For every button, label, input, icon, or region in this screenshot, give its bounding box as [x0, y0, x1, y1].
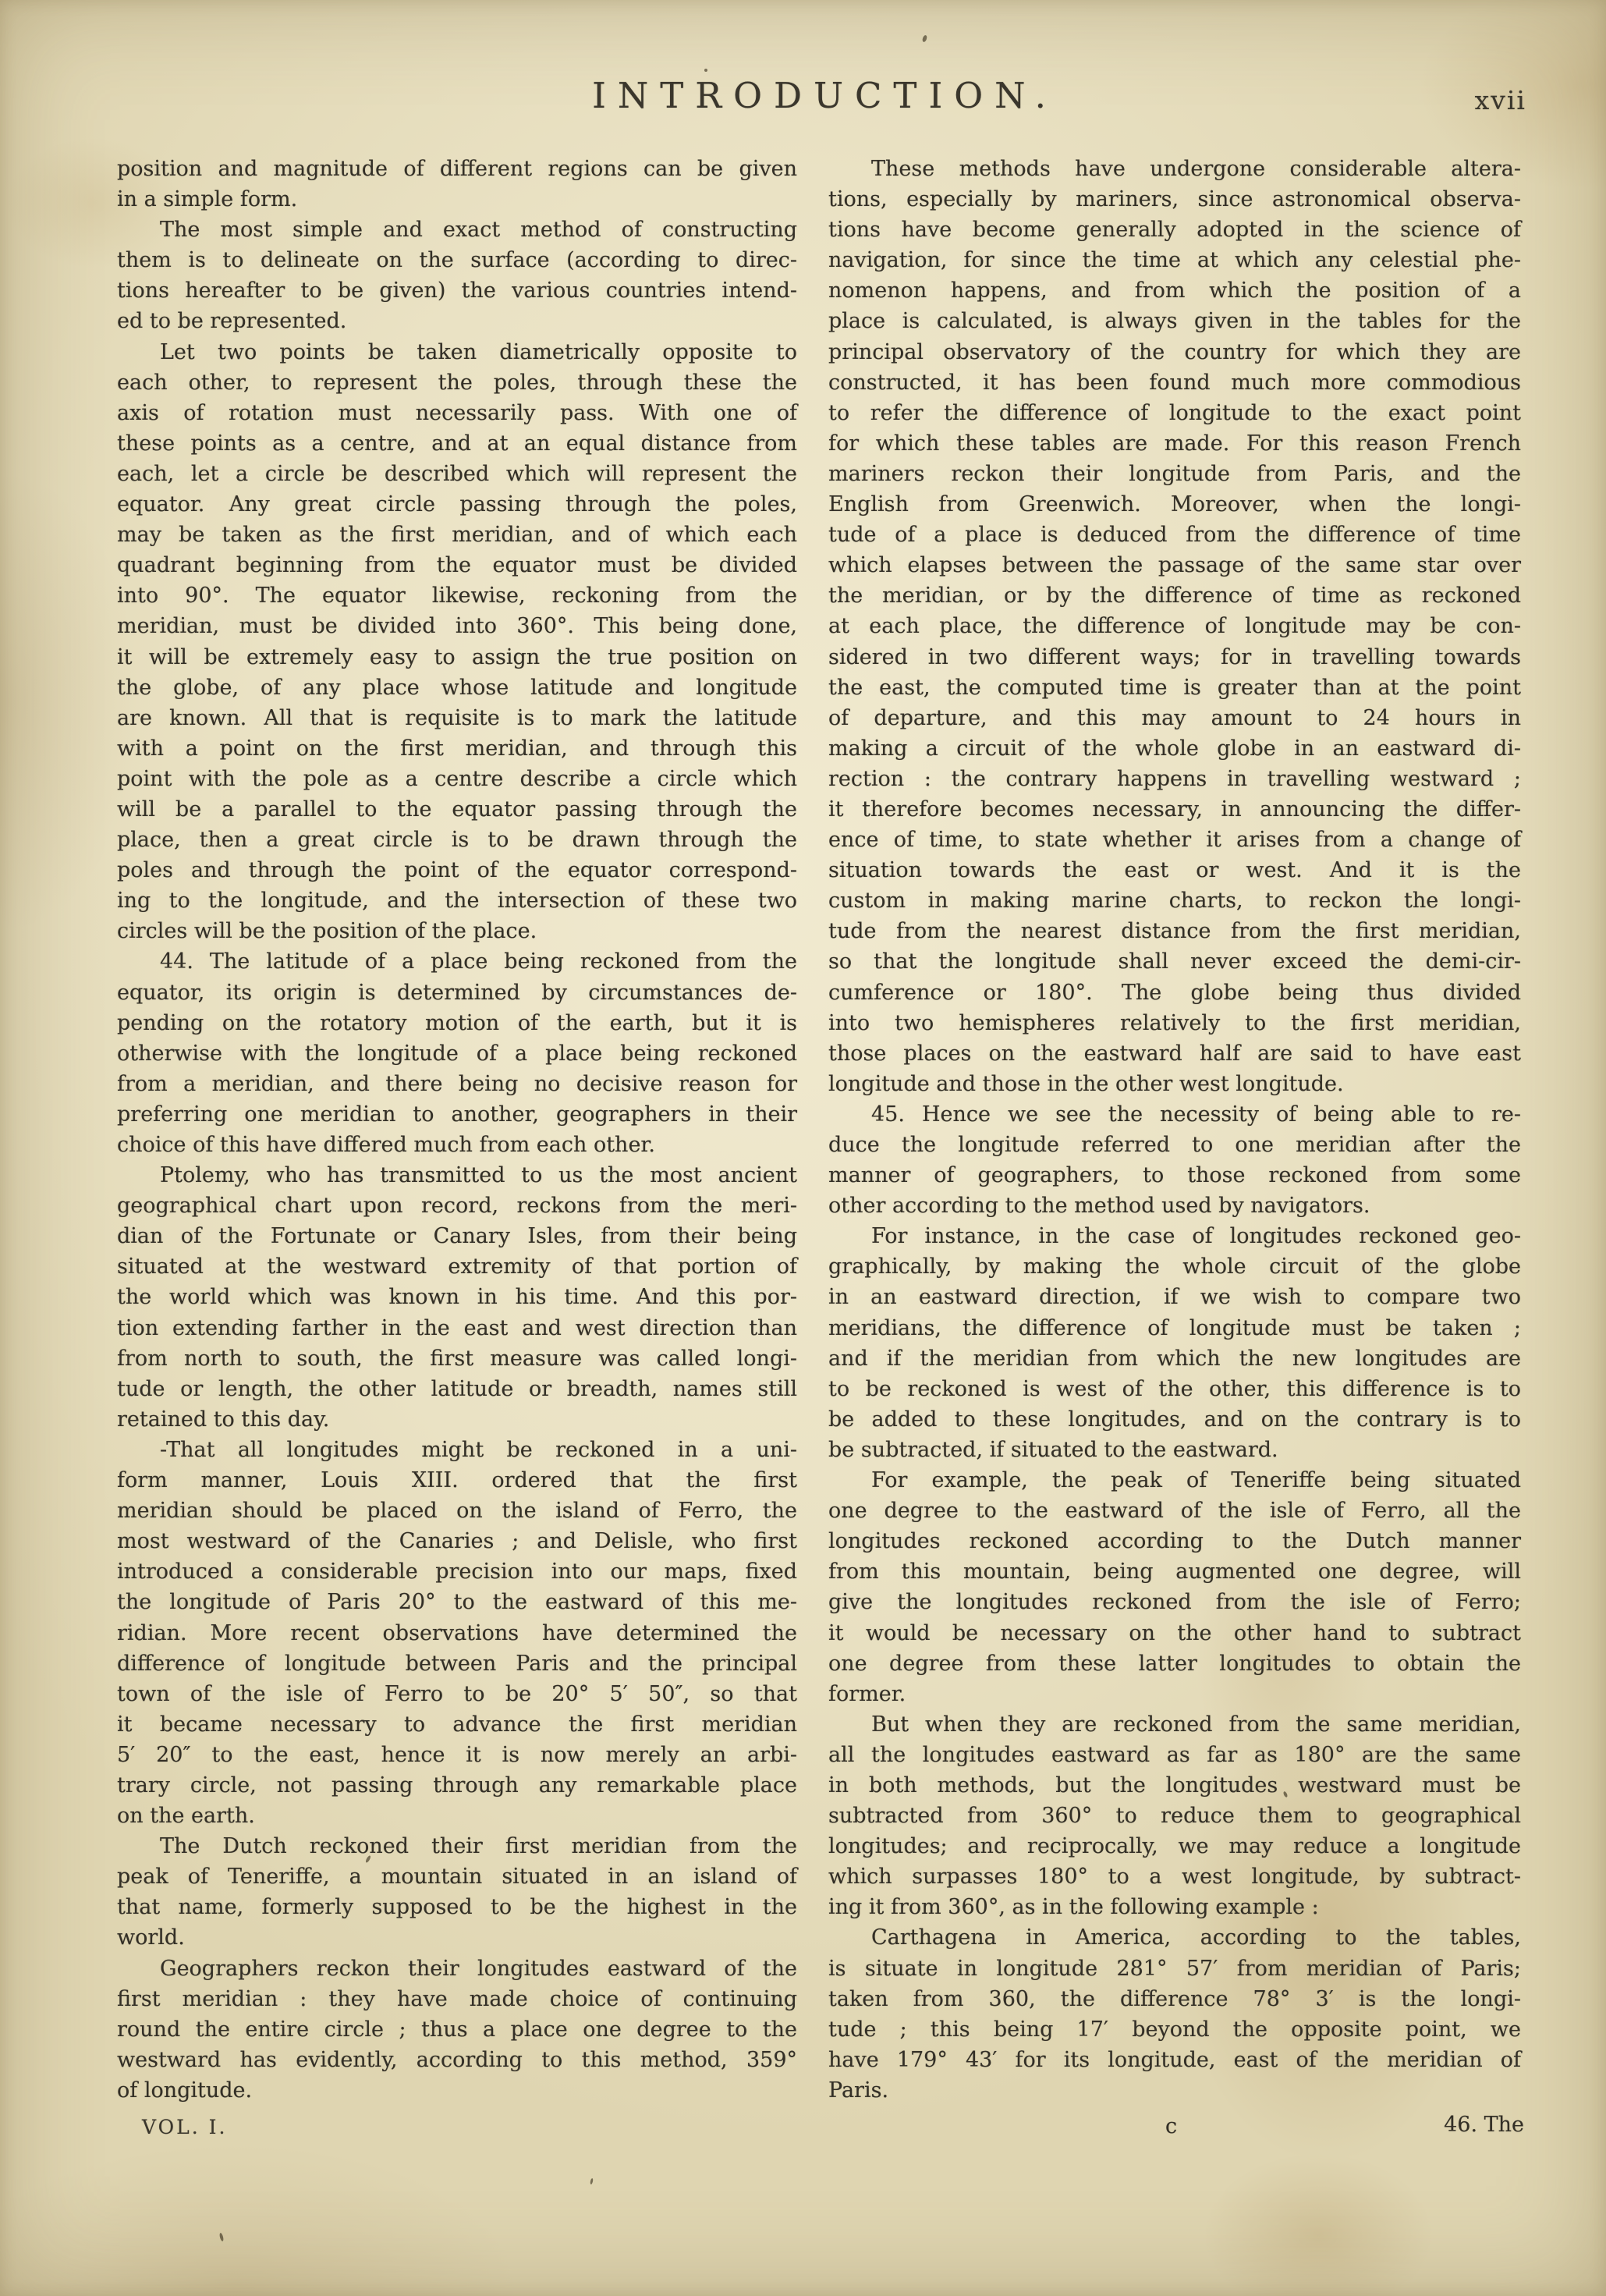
text-line: the meridian, or by the difference of ti…: [828, 580, 1521, 611]
text-line: 5′ 20″ to the east, hence it is now mere…: [117, 1740, 797, 1770]
text-line: quadrant beginning from the equator must…: [117, 550, 797, 580]
text-line: situated at the westward extremity of th…: [117, 1251, 797, 1282]
text-line: are known. All that is requisite is to m…: [117, 703, 797, 733]
text-line: 45. Hence we see the necessity of being …: [828, 1099, 1521, 1130]
text-line: be subtracted, if situated to the eastwa…: [828, 1435, 1521, 1465]
text-line: ing it from 360°, as in the following ex…: [828, 1892, 1521, 1922]
text-line: have 179° 43′ for its longitude, east of…: [828, 2045, 1521, 2075]
text-line: one degree from these latter longitudes …: [828, 1648, 1521, 1679]
text-line: otherwise with the longitude of a place …: [117, 1038, 797, 1069]
text-line: is situate in longitude 281° 57′ from me…: [828, 1954, 1521, 1984]
text-line: it will be extremely easy to assign the …: [117, 642, 797, 672]
text-line: principal observatory of the country for…: [828, 337, 1521, 367]
text-line: the east, the computed time is greater t…: [828, 672, 1521, 703]
text-line: in both methods, but the longitudes west…: [828, 1770, 1521, 1801]
text-line: all the longitudes eastward as far as 18…: [828, 1740, 1521, 1770]
text-line: one degree to the eastward of the isle o…: [828, 1496, 1521, 1526]
text-line: trary circle, not passing through any re…: [117, 1770, 797, 1801]
text-line: axis of rotation must necessarily pass. …: [117, 398, 797, 428]
text-line: difference of longitude between Paris an…: [117, 1648, 797, 1679]
text-line: tude of a place is deduced from the diff…: [828, 520, 1521, 550]
text-line: first meridian : they have made choice o…: [117, 1984, 797, 2014]
text-line: The most simple and exact method of cons…: [117, 215, 797, 245]
text-line: duce the longitude referred to one merid…: [828, 1130, 1521, 1160]
text-line: with a point on the first meridian, and …: [117, 733, 797, 764]
text-line: from this mountain, being augmented one …: [828, 1556, 1521, 1587]
text-line: Let two points be taken diametrically op…: [117, 337, 797, 367]
page-number: xvii: [1475, 85, 1526, 115]
text-line: mariners reckon their longitude from Par…: [828, 459, 1521, 489]
text-line: point with the pole as a centre describe…: [117, 764, 797, 794]
text-line: But when they are reckoned from the same…: [828, 1709, 1521, 1740]
text-line: longitude and those in the other west lo…: [828, 1069, 1521, 1099]
text-line: rection : the contrary happens in travel…: [828, 764, 1521, 794]
text-line: it therefore becomes necessary, in annou…: [828, 794, 1521, 825]
text-line: from north to south, the first measure w…: [117, 1343, 797, 1374]
text-line: the world which was known in his time. A…: [117, 1282, 797, 1312]
text-line: dian of the Fortunate or Canary Isles, f…: [117, 1221, 797, 1251]
text-line: tions hereafter to be given) the various…: [117, 275, 797, 306]
text-line: of departure, and this may amount to 24 …: [828, 703, 1521, 733]
text-line: sidered in two different ways; for in tr…: [828, 642, 1521, 672]
text-line: retained to this day.: [117, 1404, 797, 1435]
text-line: former.: [828, 1679, 1521, 1709]
text-line: in an eastward direction, if we wish to …: [828, 1282, 1521, 1312]
text-line: equator, its origin is determined by cir…: [117, 978, 797, 1008]
text-line: these points as a centre, and at an equa…: [117, 428, 797, 459]
text-line: introduced a considerable precision into…: [117, 1556, 797, 1587]
right-text-column: These methods have undergone considerabl…: [828, 154, 1521, 2106]
text-line: graphically, by making the whole circuit…: [828, 1251, 1521, 1282]
text-line: those places on the eastward half are sa…: [828, 1038, 1521, 1069]
text-line: choice of this have differed much from e…: [117, 1130, 797, 1160]
text-line: into 90°. The equator likewise, reckonin…: [117, 580, 797, 611]
text-line: tude from the nearest distance from the …: [828, 916, 1521, 946]
text-line: and if the meridian from which the new l…: [828, 1343, 1521, 1374]
scanned-book-page: INTRODUCTION. xvii position and magnitud…: [0, 0, 1606, 2296]
text-line: peak of Teneriffe, a mountain situated i…: [117, 1861, 797, 1892]
page-header: INTRODUCTION. xvii: [117, 75, 1533, 115]
text-line: longitudes; and reciprocally, we may red…: [828, 1831, 1521, 1861]
text-line: ing to the longitude, and the intersecti…: [117, 885, 797, 916]
text-line: equator. Any great circle passing throug…: [117, 489, 797, 520]
text-line: it became necessary to advance the first…: [117, 1709, 797, 1740]
text-line: of longitude.: [117, 2075, 797, 2106]
text-line: geographical chart upon record, reckons …: [117, 1191, 797, 1221]
text-line: which surpasses 180° to a west longitude…: [828, 1861, 1521, 1892]
text-line: tude ; this being 17′ beyond the opposit…: [828, 2014, 1521, 2045]
text-line: The Dutch reckoned their first meridian …: [117, 1831, 797, 1861]
text-line: tude or length, the other latitude or br…: [117, 1374, 797, 1404]
text-line: other according to the method used by na…: [828, 1191, 1521, 1221]
text-line: that name, formerly supposed to be the h…: [117, 1892, 797, 1922]
text-line: 44. The latitude of a place being reckon…: [117, 946, 797, 977]
text-line: meridians, the difference of longitude m…: [828, 1313, 1521, 1343]
text-line: place, then a great circle is to be draw…: [117, 825, 797, 855]
text-line: ridian. More recent observations have de…: [117, 1618, 797, 1648]
page-title: INTRODUCTION.: [117, 75, 1533, 116]
left-text-column: position and magnitude of different regi…: [117, 154, 797, 2106]
text-line: meridian should be placed on the island …: [117, 1496, 797, 1526]
text-line: Paris.: [828, 2075, 1521, 2106]
signature-mark: c: [1165, 2114, 1177, 2138]
text-line: in a simple form.: [117, 184, 797, 215]
text-line: them is to delineate on the surface (acc…: [117, 245, 797, 275]
text-line: English from Greenwich. Moreover, when t…: [828, 489, 1521, 520]
text-line: westward has evidently, according to thi…: [117, 2045, 797, 2075]
text-line: preferring one meridian to another, geog…: [117, 1099, 797, 1130]
text-line: taken from 360, the difference 78° 3′ is…: [828, 1984, 1521, 2014]
text-line: place is calculated, is always given in …: [828, 306, 1521, 336]
text-line: so that the longitude shall never exceed…: [828, 946, 1521, 977]
volume-footer: VOL. I.: [117, 2116, 797, 2138]
text-line: subtracted from 360° to reduce them to g…: [828, 1801, 1521, 1831]
text-line: nomenon happens, and from which the posi…: [828, 275, 1521, 306]
text-line: Ptolemy, who has transmitted to us the m…: [117, 1160, 797, 1191]
text-line: be added to these longitudes, and on the…: [828, 1404, 1521, 1435]
text-line: ence of time, to state whether it arises…: [828, 825, 1521, 855]
text-line: ed to be represented.: [117, 306, 797, 336]
text-line: These methods have undergone considerabl…: [828, 154, 1521, 184]
text-line: Geographers reckon their longitudes east…: [117, 1954, 797, 1984]
text-line: situation towards the east or west. And …: [828, 855, 1521, 885]
text-line: circles will be the position of the plac…: [117, 916, 797, 946]
text-line: it would be necessary on the other hand …: [828, 1618, 1521, 1648]
text-line: which elapses between the passage of the…: [828, 550, 1521, 580]
text-line: for which these tables are made. For thi…: [828, 428, 1521, 459]
text-line: round the entire circle ; thus a place o…: [117, 2014, 797, 2045]
text-line: will be a parallel to the equator passin…: [117, 794, 797, 825]
signature-footer: c 46. The: [828, 2113, 1524, 2144]
text-line: each other, to represent the poles, thro…: [117, 367, 797, 398]
text-line: the globe, of any place whose latitude a…: [117, 672, 797, 703]
text-line: Carthagena in America, according to the …: [828, 1922, 1521, 1953]
text-line: tion extending farther in the east and w…: [117, 1313, 797, 1343]
text-line: For instance, in the case of longitudes …: [828, 1221, 1521, 1251]
text-line: world.: [117, 1922, 797, 1953]
text-line: pending on the rotatory motion of the ea…: [117, 1008, 797, 1038]
text-line: to be reckoned is west of the other, thi…: [828, 1374, 1521, 1404]
text-line: manner of geographers, to those reckoned…: [828, 1160, 1521, 1191]
text-line: cumference or 180°. The globe being thus…: [828, 978, 1521, 1008]
text-line: tions, especially by mariners, since ast…: [828, 184, 1521, 215]
text-line: meridian, must be divided into 360°. Thi…: [117, 611, 797, 641]
text-line: may be taken as the first meridian, and …: [117, 520, 797, 550]
text-line: the longitude of Paris 20° to the eastwa…: [117, 1587, 797, 1617]
text-line: tions have become generally adopted in t…: [828, 215, 1521, 245]
text-line: navigation, for since the time at which …: [828, 245, 1521, 275]
text-line: custom in making marine charts, to recko…: [828, 885, 1521, 916]
text-line: give the longitudes reckoned from the is…: [828, 1587, 1521, 1617]
text-line: constructed, it has been found much more…: [828, 367, 1521, 398]
text-line: at each place, the difference of longitu…: [828, 611, 1521, 641]
text-line: For example, the peak of Teneriffe being…: [828, 1465, 1521, 1496]
text-line: on the earth.: [117, 1801, 797, 1831]
text-line: form manner, Louis XIII. ordered that th…: [117, 1465, 797, 1496]
text-line: poles and through the point of the equat…: [117, 855, 797, 885]
text-line: -That all longitudes might be reckoned i…: [117, 1435, 797, 1465]
text-line: from a meridian, and there being no deci…: [117, 1069, 797, 1099]
text-line: to refer the difference of longitude to …: [828, 398, 1521, 428]
catchword: 46. The: [1444, 2113, 1524, 2137]
text-line: position and magnitude of different regi…: [117, 154, 797, 184]
text-line: town of the isle of Ferro to be 20° 5′ 5…: [117, 1679, 797, 1709]
text-line: making a circuit of the whole globe in a…: [828, 733, 1521, 764]
text-line: into two hemispheres relatively to the f…: [828, 1008, 1521, 1038]
volume-label: VOL. I.: [142, 2116, 227, 2138]
text-line: each, let a circle be described which wi…: [117, 459, 797, 489]
text-line: longitudes reckoned according to the Dut…: [828, 1526, 1521, 1556]
text-line: most westward of the Canaries ; and Deli…: [117, 1526, 797, 1556]
